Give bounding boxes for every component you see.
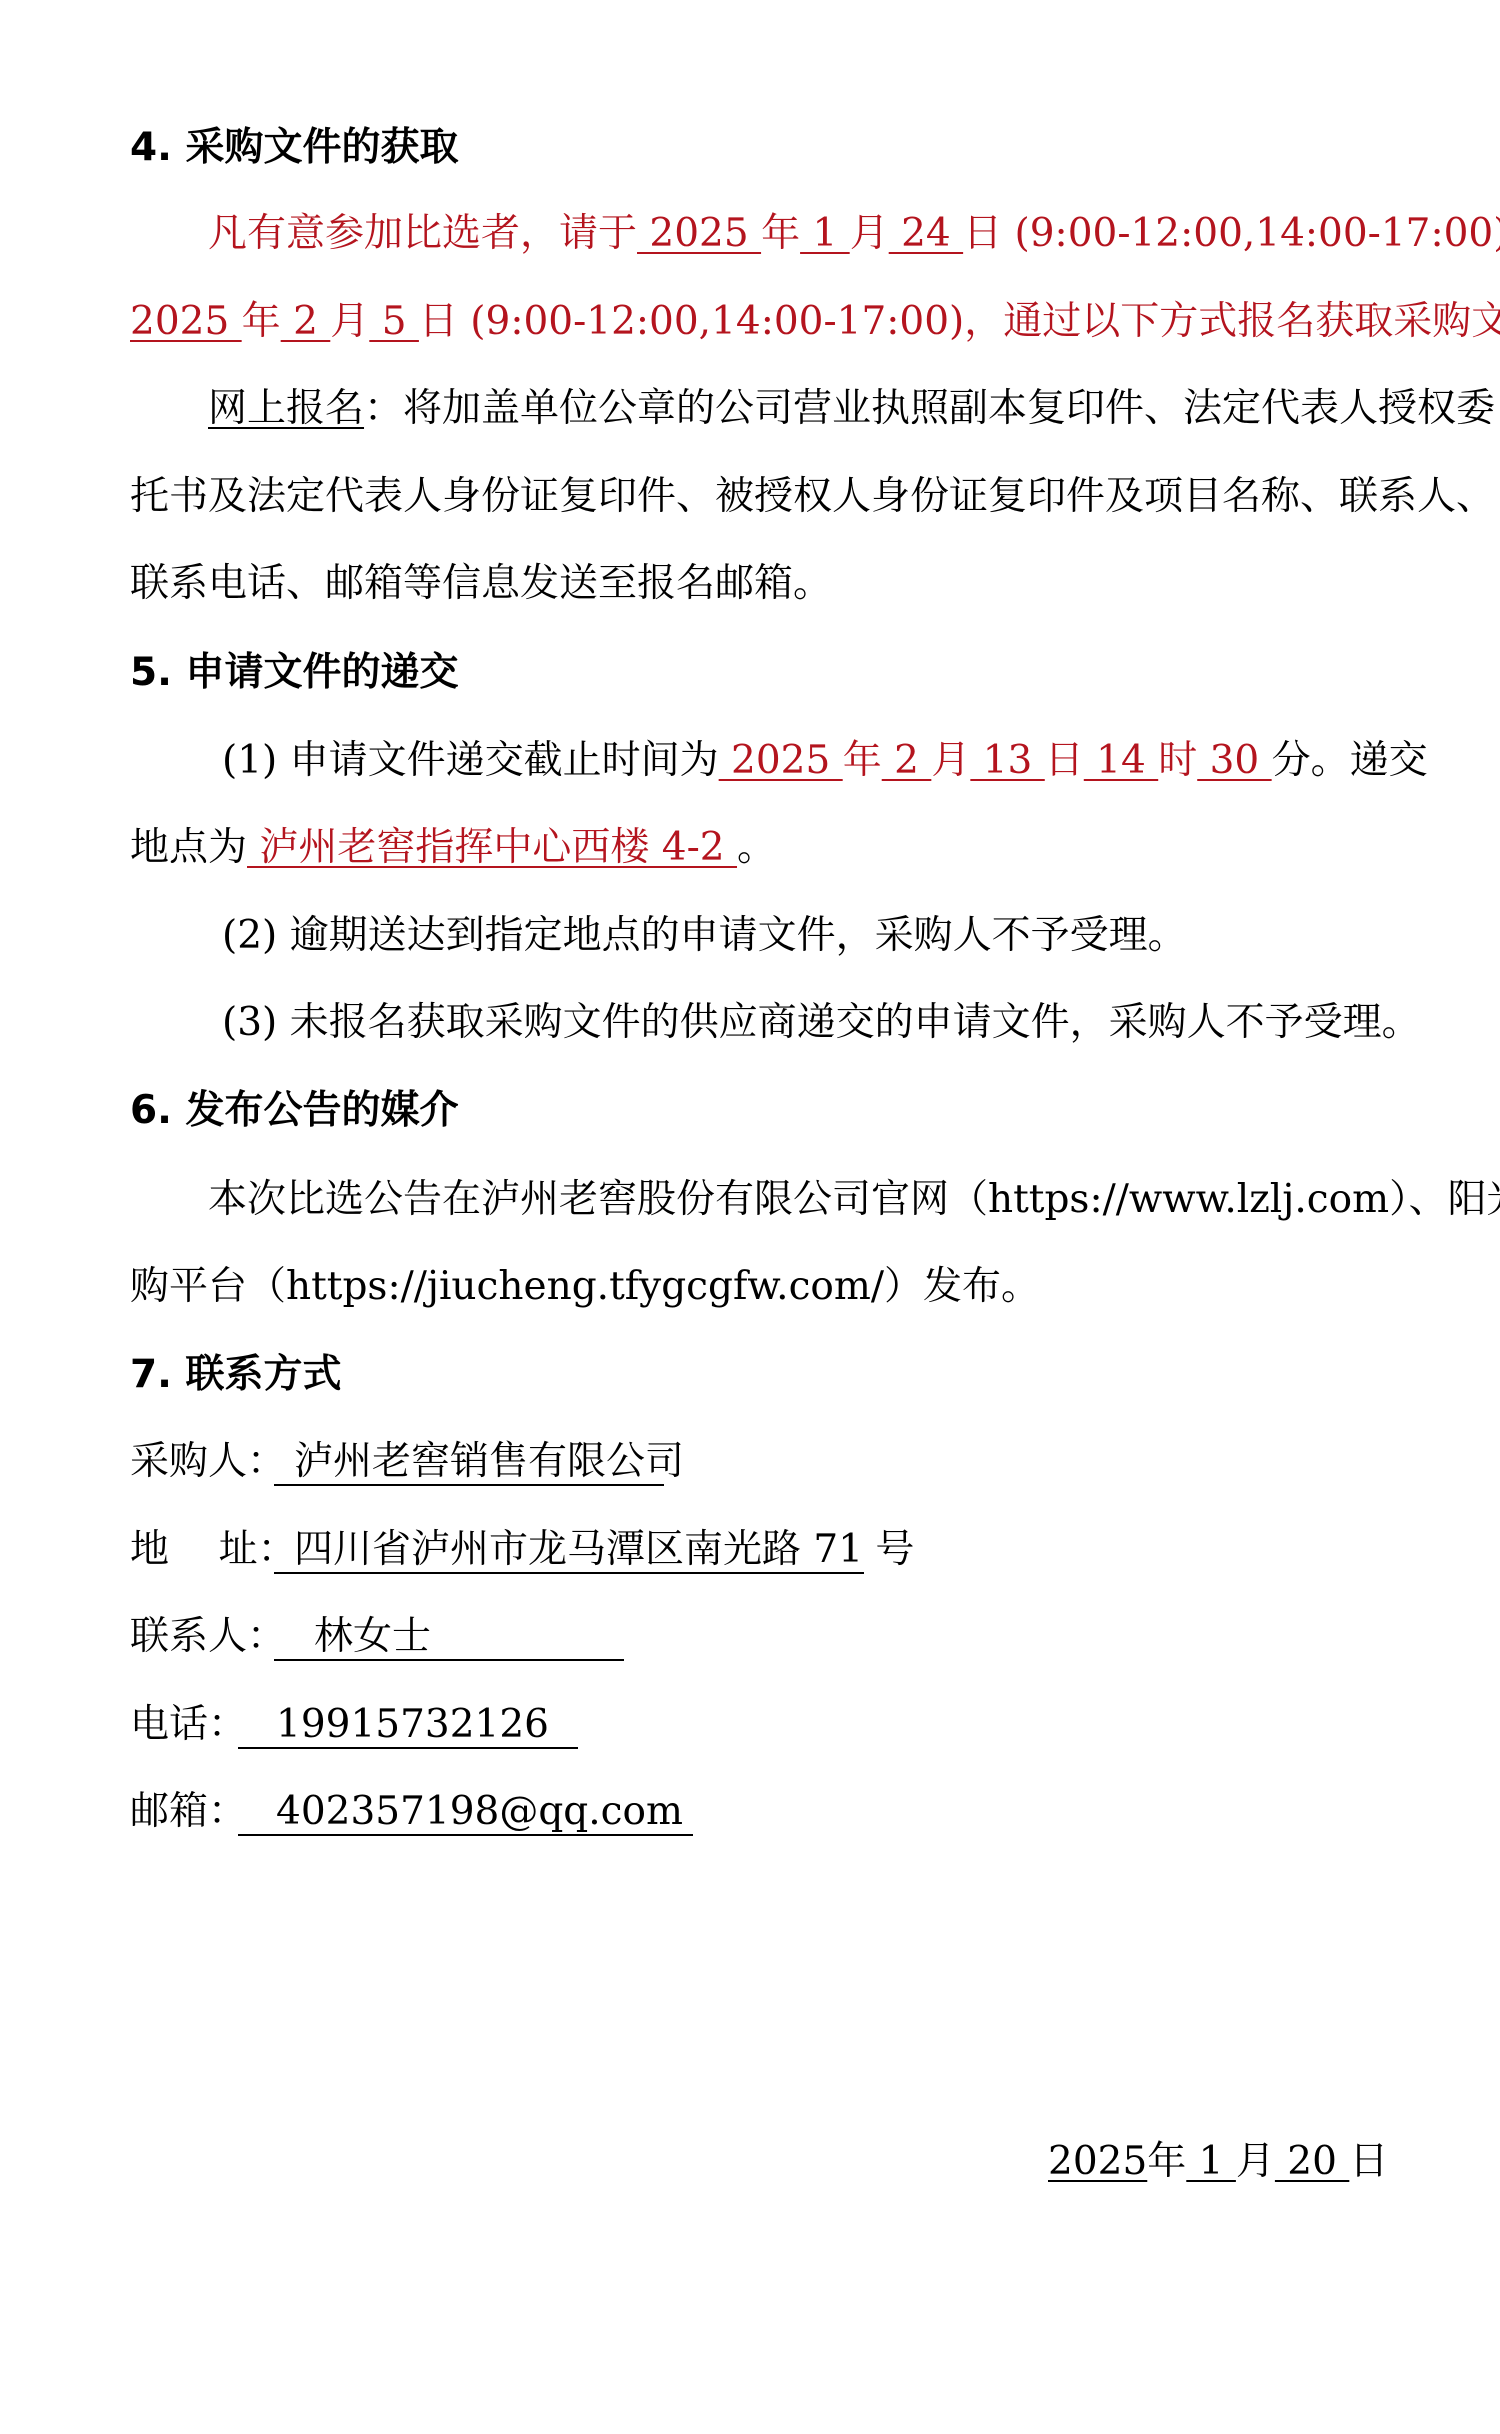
signature-date: 2025年 1 月 20 日: [1048, 2138, 1388, 2186]
online-registration-label: 网上报名: [208, 386, 364, 431]
end-year: 2025: [130, 299, 242, 344]
contact-person: 联系人：林女士: [130, 1613, 1380, 1661]
text: 年: [843, 738, 882, 783]
deadline-year: 2025: [719, 738, 843, 783]
start-year: 2025: [637, 211, 761, 256]
date-day: 20: [1275, 2139, 1349, 2184]
address-label: 地 址：: [130, 1526, 274, 1574]
date-month: 1: [1186, 2139, 1236, 2184]
deadline-hour: 14: [1084, 738, 1158, 783]
section-4-paragraph-2-line-2: 托书及法定代表人身份证复印件、被授权人身份证复印件及项目名称、联系人、: [130, 473, 1380, 521]
text: 年: [761, 211, 800, 256]
start-day: 24: [889, 211, 963, 256]
start-month: 1: [800, 211, 850, 256]
phone-label: 电话：: [130, 1701, 238, 1749]
section-6-line-1: 本次比选公告在泸州老窖股份有限公司官网（https://www.lzlj.com…: [208, 1176, 1458, 1224]
text: 凡有意参加比选者，请于: [208, 211, 637, 256]
deadline-minute: 30: [1197, 738, 1271, 783]
text: 日 (9:00-12:00,14:00-17:00)，通过以下方式报名获取采购文…: [419, 299, 1500, 344]
text: 月: [931, 738, 970, 783]
text: 日 (9:00-12:00,14:00-17:00) 至: [963, 211, 1500, 256]
section-4-paragraph-2-line-3: 联系电话、邮箱等信息发送至报名邮箱。: [130, 560, 1380, 608]
text: (1) 申请文件递交截止时间为: [222, 738, 719, 783]
date-year: 2025: [1048, 2139, 1147, 2184]
section-5-item-2: (2) 逾期送达到指定地点的申请文件，采购人不予受理。: [222, 912, 1472, 960]
section-4-paragraph-2-line-1: 网上报名：将加盖单位公章的公司营业执照副本复印件、法定代表人授权委: [208, 385, 1458, 433]
email-value: 402357198@qq.com: [238, 1790, 693, 1836]
text: 地点为: [130, 825, 247, 870]
contact-email: 邮箱：402357198@qq.com: [130, 1788, 1380, 1836]
deadline-month: 2: [882, 738, 932, 783]
contact-person-label: 联系人：: [130, 1613, 274, 1661]
text: 年: [242, 299, 281, 344]
text: 日: [1045, 738, 1084, 783]
end-day: 5: [369, 299, 419, 344]
end-month: 2: [281, 299, 331, 344]
section-5-item-1-line-2: 地点为 泸州老窖指挥中心西楼 4-2 。: [130, 824, 1380, 872]
contact-phone: 电话：19915732126: [130, 1701, 1380, 1749]
phone-value: 19915732126: [238, 1703, 578, 1749]
address-value: 四川省泸州市龙马潭区南光路 71 号: [274, 1528, 864, 1574]
text: 月: [1236, 2139, 1275, 2184]
text: ：将加盖单位公章的公司营业执照副本复印件、法定代表人授权委: [364, 386, 1495, 431]
email-label: 邮箱：: [130, 1788, 238, 1836]
text: 。: [737, 825, 776, 870]
section-5-item-1-line-1: (1) 申请文件递交截止时间为 2025 年 2 月 13 日 14 时 30 …: [222, 737, 1472, 785]
text: 日: [1349, 2139, 1388, 2184]
section-4-paragraph-1-line-2: 2025 年 2 月 5 日 (9:00-12:00,14:00-17:00)，…: [130, 298, 1380, 346]
contact-address: 地 址：四川省泸州市龙马潭区南光路 71 号: [130, 1526, 1380, 1574]
section-4-paragraph-1-line-1: 凡有意参加比选者，请于 2025 年 1 月 24 日 (9:00-12:00,…: [208, 210, 1458, 258]
section-5-item-3: (3) 未报名获取采购文件的供应商递交的申请文件，采购人不予受理。: [222, 999, 1472, 1047]
text: 月: [850, 211, 889, 256]
text: 年: [1147, 2139, 1186, 2184]
text: 月: [330, 299, 369, 344]
purchaser-value: 泸州老窖销售有限公司: [274, 1440, 664, 1486]
text: 时: [1158, 738, 1197, 783]
section-7-heading: 7. 联系方式: [130, 1351, 1380, 1399]
section-4-heading: 4. 采购文件的获取: [130, 124, 1380, 172]
section-6-heading: 6. 发布公告的媒介: [130, 1087, 1380, 1135]
section-5-heading: 5. 申请文件的递交: [130, 649, 1380, 697]
text: 分。递交: [1272, 738, 1428, 783]
contact-person-value: 林女士: [274, 1615, 624, 1661]
contact-purchaser: 采购人：泸州老窖销售有限公司: [130, 1438, 1380, 1486]
purchaser-label: 采购人：: [130, 1438, 274, 1486]
section-6-line-2: 购平台（https://jiucheng.tfygcgfw.com/）发布。: [130, 1263, 1380, 1311]
submission-location: 泸州老窖指挥中心西楼 4-2: [247, 825, 737, 870]
deadline-day: 13: [970, 738, 1044, 783]
